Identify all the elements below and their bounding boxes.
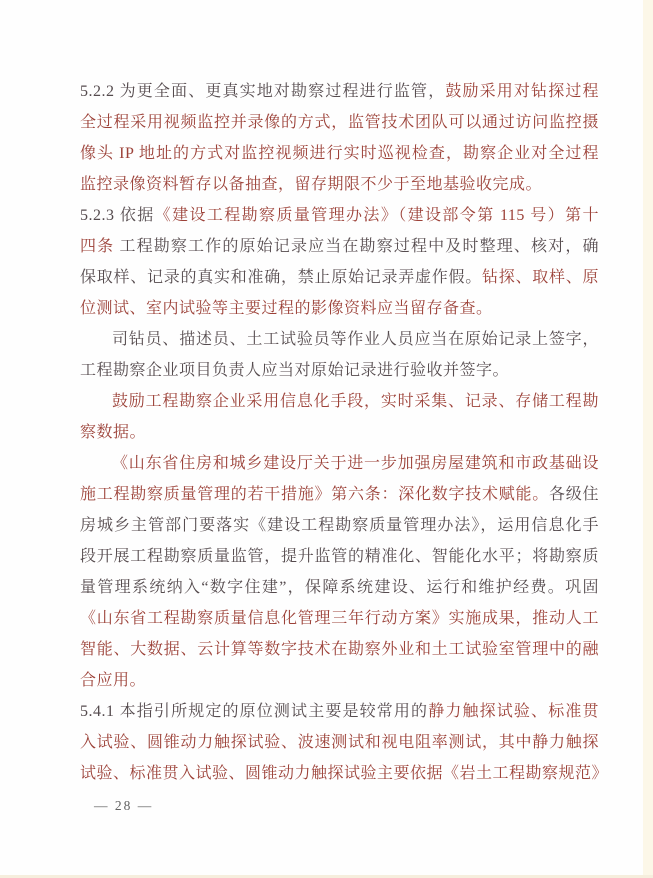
scan-edge-right xyxy=(643,0,653,878)
text-line: 智能、大数据、云计算等数字技术在勘察外业和土工试验室管理中的融 xyxy=(80,634,599,665)
text-line: 像头 IP 地址的方式对监控视频进行实时巡视检查，勘察企业对全过程 xyxy=(80,138,599,169)
text-line: 合应用。 xyxy=(80,665,599,696)
text-segment-highlight: 四条 xyxy=(80,238,114,255)
text-line: 量管理系统纳入“数字住建”，保障系统建设、运行和维护经费。巩固 xyxy=(80,572,599,603)
text-segment-highlight: 全过程采用视频监控并录像的方式，监管技术团队可以通过访问监控摄 xyxy=(80,114,599,131)
document-page: 5.2.2 为更全面、更真实地对勘察过程进行监管，鼓励采用对钻探过程全过程采用视… xyxy=(0,0,653,878)
text-segment-highlight: 智能、大数据、云计算等数字技术在勘察外业和土工试验室管理中的融 xyxy=(80,641,599,658)
text-line: 司钻员、描述员、土工试验员等作业人员应当在原始记录上签字， xyxy=(80,324,599,355)
text-line: 5.2.3 依据《建设工程勘察质量管理办法》（建设部令第 115 号）第十 xyxy=(80,200,599,231)
page-number: — 28 — xyxy=(94,798,153,814)
text-segment-normal: 司钻员、描述员、土工试验员等作业人员应当在原始记录上签字， xyxy=(112,331,599,348)
text-segment-normal: 段开展工程勘察质量监管，提升监管的精准化、智能化水平；将勘察质 xyxy=(80,548,599,565)
text-segment-normal: 5.2.3 依据 xyxy=(80,207,155,224)
text-segment-highlight: 位测试、室内试验等主要过程的影像资料应当留存备查。 xyxy=(80,300,493,317)
text-segment-normal: 工程勘察工作的原始记录应当在勘察过程中及时整理、核对，确 xyxy=(114,238,599,255)
text-segment-highlight: 《建设工程勘察质量管理办法》（建设部令第 115 号）第十 xyxy=(155,207,599,224)
text-line: 四条 工程勘察工作的原始记录应当在勘察过程中及时整理、核对，确 xyxy=(80,231,599,262)
text-segment-highlight: 钻探、取样、原 xyxy=(482,269,599,286)
text-line: 全过程采用视频监控并录像的方式，监管技术团队可以通过访问监控摄 xyxy=(80,107,599,138)
text-segment-normal: 5.4.1 本指引所规定的原位测试主要是较常用的 xyxy=(80,703,428,720)
text-line: 试验、标准贯入试验、圆锥动力触探试验主要依据《岩土工程勘察规范》 xyxy=(80,758,599,789)
text-segment-highlight: 像头 IP 地址的方式对监控视频进行实时巡视检查，勘察企业对全过程 xyxy=(80,145,599,162)
text-segment-highlight: 鼓励工程勘察企业采用信息化手段，实时采集、记录、存储工程勘 xyxy=(112,393,599,410)
text-line: 工程勘察企业项目负责人应当对原始记录进行验收并签字。 xyxy=(80,355,599,386)
text-line: 保取样、记录的真实和准确，禁止原始记录弄虚作假。钻探、取样、原 xyxy=(80,262,599,293)
text-segment-normal: 5.2.2 为更全面、更真实地对勘察过程进行监管， xyxy=(80,83,445,100)
text-line: 《山东省住房和城乡建设厅关于进一步加强房屋建筑和市政基础设 xyxy=(80,448,599,479)
text-line: 《山东省工程勘察质量信息化管理三年行动方案》实施成果，推动人工 xyxy=(80,603,599,634)
text-segment-normal: 各级住 xyxy=(549,486,599,503)
text-segment-normal: 保取样、记录的真实和准确，禁止原始记录弄虚作假。 xyxy=(80,269,482,286)
text-line: 房城乡主管部门要落实《建设工程勘察质量管理办法》，运用信息化手 xyxy=(80,510,599,541)
text-segment-highlight: 鼓励采用对钻探过程 xyxy=(445,83,599,100)
text-line: 5.4.1 本指引所规定的原位测试主要是较常用的静力触探试验、标准贯 xyxy=(80,696,599,727)
text-segment-highlight: 监控录像资料暂存以备抽查，留存期限不少于至地基验收完成。 xyxy=(80,176,542,193)
text-segment-highlight: 《山东省住房和城乡建设厅关于进一步加强房屋建筑和市政基础设 xyxy=(112,455,599,472)
text-line: 监控录像资料暂存以备抽查，留存期限不少于至地基验收完成。 xyxy=(80,169,599,200)
text-segment-normal: 工程勘察企业项目负责人应当对原始记录进行验收并签字。 xyxy=(80,362,509,379)
text-segment-highlight: 《山东省工程勘察质量信息化管理三年行动方案》实施成果，推动人工 xyxy=(80,610,599,627)
text-segment-highlight: 施工程勘察质量管理的若干措施》第六条：深化数字技术赋能。 xyxy=(80,486,549,503)
text-segment-normal: 房城乡主管部门要落实《建设工程勘察质量管理办法》，运用信息化手 xyxy=(80,517,599,534)
text-line: 位测试、室内试验等主要过程的影像资料应当留存备查。 xyxy=(80,293,599,324)
text-segment-highlight: 察数据。 xyxy=(80,424,146,441)
screenshot-root: { "page": { "number_label": "— 28 —" }, … xyxy=(0,0,653,878)
text-segment-highlight: 合应用。 xyxy=(80,672,146,689)
text-line: 察数据。 xyxy=(80,417,599,448)
text-line: 5.2.2 为更全面、更真实地对勘察过程进行监管，鼓励采用对钻探过程 xyxy=(80,76,599,107)
text-line: 鼓励工程勘察企业采用信息化手段，实时采集、记录、存储工程勘 xyxy=(80,386,599,417)
text-segment-highlight: 静力触探试验、标准贯 xyxy=(428,703,599,720)
text-line: 施工程勘察质量管理的若干措施》第六条：深化数字技术赋能。各级住 xyxy=(80,479,599,510)
text-segment-highlight: 入试验、圆锥动力触探试验、波速测试和视电阻率测试，其中静力触探 xyxy=(80,734,599,751)
text-line: 段开展工程勘察质量监管，提升监管的精准化、智能化水平；将勘察质 xyxy=(80,541,599,572)
text-segment-normal: 量管理系统纳入“数字住建”，保障系统建设、运行和维护经费。巩固 xyxy=(80,579,599,596)
text-line: 入试验、圆锥动力触探试验、波速测试和视电阻率测试，其中静力触探 xyxy=(80,727,599,758)
document-body: 5.2.2 为更全面、更真实地对勘察过程进行监管，鼓励采用对钻探过程全过程采用视… xyxy=(80,76,599,789)
text-segment-highlight: 试验、标准贯入试验、圆锥动力触探试验主要依据《岩土工程勘察规范》 xyxy=(80,765,608,782)
